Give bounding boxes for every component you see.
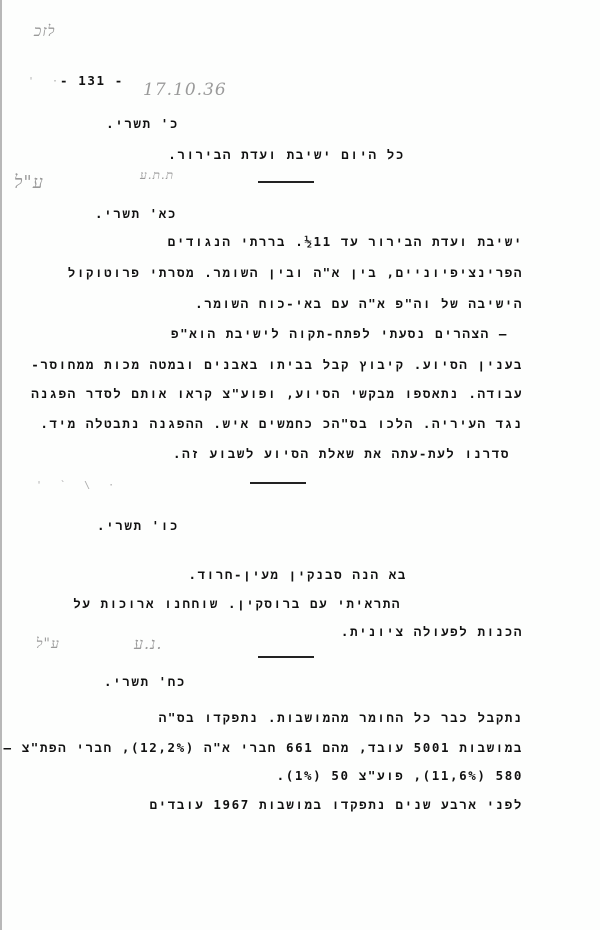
handwritten-margin-note: ע"ל <box>14 172 44 193</box>
scan-specks: ' · <box>28 76 64 87</box>
entry-line: התראיתי עם ברוסקין. שוחחנו ארוכות על <box>97 596 401 612</box>
separator-rule <box>258 656 314 658</box>
entry-date: כא' תשרי. <box>97 206 177 222</box>
separator-rule <box>258 181 314 183</box>
handwritten-margin-note: נ.ע. <box>134 634 162 654</box>
entry-line: סדרנו לעת-עתה את שאלת הסיוע לשבוע זה. <box>104 446 510 462</box>
entry-line: הפרינציפיוניים, בין א"ה ובין השומר. מסרת… <box>45 265 523 281</box>
entry-line: ישיבת ועדת הבירור עד 11½. בררתי הנגודים <box>60 234 523 250</box>
entry-line: הישיבה של וה"פ א"ה עם באי-כוח השומר. <box>226 296 523 312</box>
entry-line: הכנות לפעולה ציונית. <box>349 624 523 640</box>
entry-line: בענין הסיוע. קיבוץ קבל בביתו באבנים ובמט… <box>45 357 523 373</box>
entry-line: נגד העיריה. הלכו בס"הכ כחמשים איש. ההפגנ… <box>88 416 523 432</box>
entry-date: כו' תשרי. <box>99 518 179 534</box>
scan-specks: ' ` \ · <box>36 480 120 491</box>
entry-line: לפני ארבע שנים נתפקדו במושבות 1967 עובדי… <box>72 797 523 813</box>
entry-date: כח' תשרי. <box>106 674 186 690</box>
separator-rule <box>250 482 306 484</box>
entry-line: כל היום ישיבת ועדת הבירור. <box>192 147 405 163</box>
entry-line: 580 (11,6%), פוע"צ 50 (1%). <box>280 768 523 784</box>
entry-line: עבודה. נתאספו מבקשי הסיוע, ופוע"צ קראו א… <box>74 386 523 402</box>
entry-line: נתקבל כבר כל החומר מהמושבות. נתפקדו בס"ה <box>68 710 523 726</box>
handwritten-note: לזכ <box>34 22 56 41</box>
handwritten-date: 17.10.36 <box>143 80 227 100</box>
entry-line: – הצהרים נסעתי לפתח-תקוה לישיבת הוא"פ <box>97 326 508 342</box>
entry-date: כ' תשרי. <box>99 116 179 132</box>
handwritten-margin-note: ע"ל <box>36 636 60 653</box>
entry-line: בא הנה סבנקין מעין-חרוד. <box>205 567 407 583</box>
page-number: - 131 - <box>60 73 124 88</box>
entry-line: במושבות 5001 עובד, מהם 661 חברי א"ה (12,… <box>50 740 523 756</box>
scan-edge <box>0 0 2 930</box>
handwritten-margin-note: ת.ת.ע <box>140 168 174 183</box>
